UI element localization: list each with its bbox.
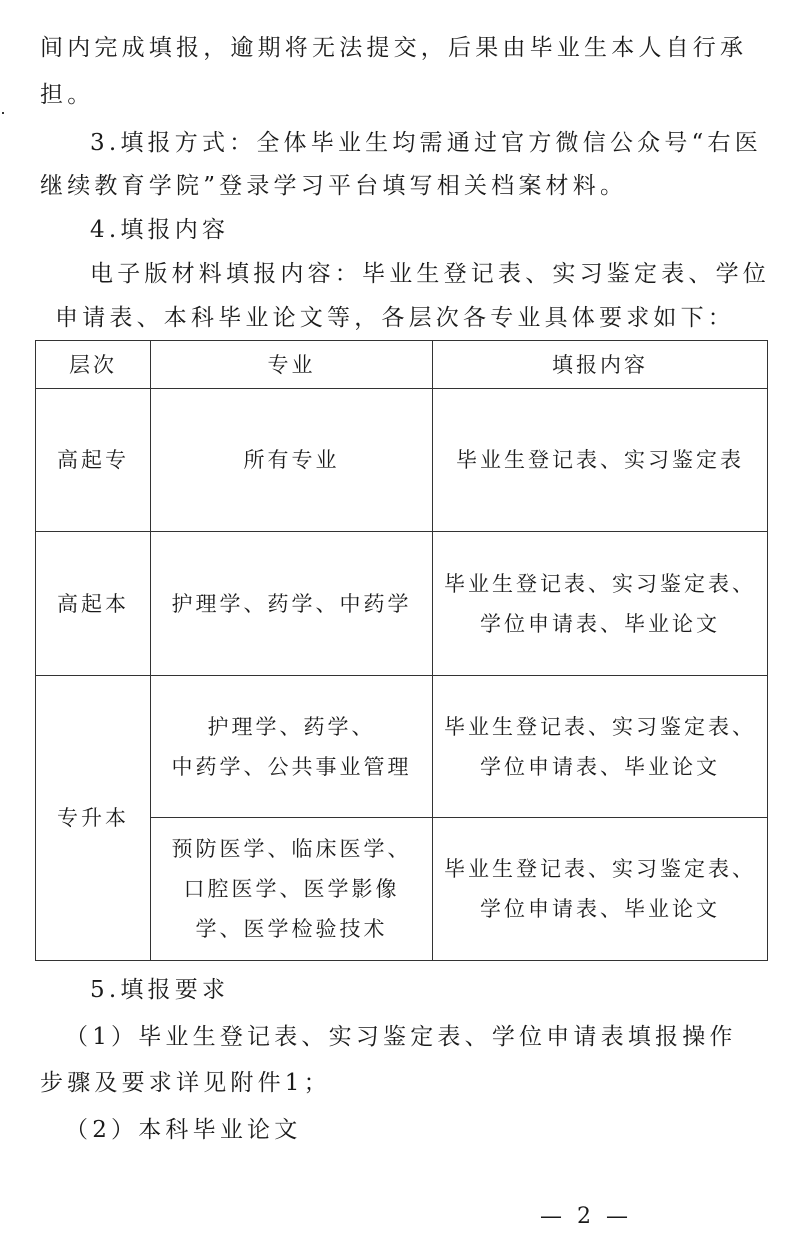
- cell-text: 中药学、公共事业管理: [155, 747, 428, 787]
- header-level: 层次: [36, 341, 151, 389]
- cell-text: 毕业生登记表、实习鉴定表、: [437, 707, 763, 747]
- cell-text: 学位申请表、毕业论文: [437, 889, 763, 929]
- cell-text: 护理学、药学、: [155, 707, 428, 747]
- requirements-table: 层次 专业 填报内容 高起专 所有专业 毕业生登记表、实习鉴定表 高起本 护理学…: [35, 340, 768, 961]
- cell-level: 高起专: [36, 389, 151, 532]
- paragraph-line: 申请表、本科毕业论文等，各层次各专业具体要求如下：: [55, 303, 735, 333]
- cell-content: 毕业生登记表、实习鉴定表、 学位申请表、毕业论文: [433, 818, 768, 961]
- cell-major: 护理学、药学、中药学: [151, 532, 433, 676]
- cell-text: 护理学、药学、中药学: [155, 584, 428, 624]
- cell-text: 预防医学、临床医学、: [155, 829, 428, 869]
- cell-text: 毕业生登记表、实习鉴定表: [437, 440, 763, 480]
- cell-major: 护理学、药学、 中药学、公共事业管理: [151, 676, 433, 818]
- cell-text: 所有专业: [155, 440, 428, 480]
- cell-text: 学位申请表、毕业论文: [437, 747, 763, 787]
- cell-text: 口腔医学、医学影像: [155, 869, 428, 909]
- table-row: 高起专 所有专业 毕业生登记表、实习鉴定表: [36, 389, 768, 532]
- table-header-row: 层次 专业 填报内容: [36, 341, 768, 389]
- cell-major: 预防医学、临床医学、 口腔医学、医学影像 学、医学检验技术: [151, 818, 433, 961]
- paragraph-line: 3.填报方式：全体毕业生均需通过官方微信公众号“右医: [90, 128, 762, 158]
- table-row: 高起本 护理学、药学、中药学 毕业生登记表、实习鉴定表、 学位申请表、毕业论文: [36, 532, 768, 676]
- cell-text: 毕业生登记表、实习鉴定表、: [437, 564, 763, 604]
- cell-text: 学位申请表、毕业论文: [437, 604, 763, 644]
- cell-content: 毕业生登记表、实习鉴定表、 学位申请表、毕业论文: [433, 532, 768, 676]
- list-item-continuation: 步骤及要求详见附件1；: [40, 1068, 331, 1098]
- cell-major: 所有专业: [151, 389, 433, 532]
- list-item: （1）毕业生登记表、实习鉴定表、学位申请表填报操作: [65, 1022, 737, 1052]
- paragraph-line: 担。: [40, 80, 94, 110]
- cell-level: 高起本: [36, 532, 151, 676]
- section-heading-4: 4.填报内容: [90, 215, 229, 245]
- list-item: （2）本科毕业论文: [65, 1115, 301, 1145]
- cell-text: 学、医学检验技术: [155, 909, 428, 949]
- paragraph-line: 继续教育学院”登录学习平台填写相关档案材料。: [40, 171, 627, 201]
- table-row: 专升本 护理学、药学、 中药学、公共事业管理 毕业生登记表、实习鉴定表、 学位申…: [36, 676, 768, 818]
- cell-content: 毕业生登记表、实习鉴定表、 学位申请表、毕业论文: [433, 676, 768, 818]
- header-major: 专业: [151, 341, 433, 389]
- cell-level: 专升本: [36, 676, 151, 961]
- cell-text: 毕业生登记表、实习鉴定表、: [437, 849, 763, 889]
- header-content: 填报内容: [433, 341, 768, 389]
- section-heading-5: 5.填报要求: [90, 975, 229, 1005]
- paragraph-line: 电子版材料填报内容：毕业生登记表、实习鉴定表、学位: [90, 259, 770, 289]
- page-number: — 2 —: [540, 1204, 632, 1229]
- scan-speck: [2, 112, 4, 114]
- paragraph-line: 间内完成填报，逾期将无法提交，后果由毕业生本人自行承: [40, 33, 747, 63]
- cell-content: 毕业生登记表、实习鉴定表: [433, 389, 768, 532]
